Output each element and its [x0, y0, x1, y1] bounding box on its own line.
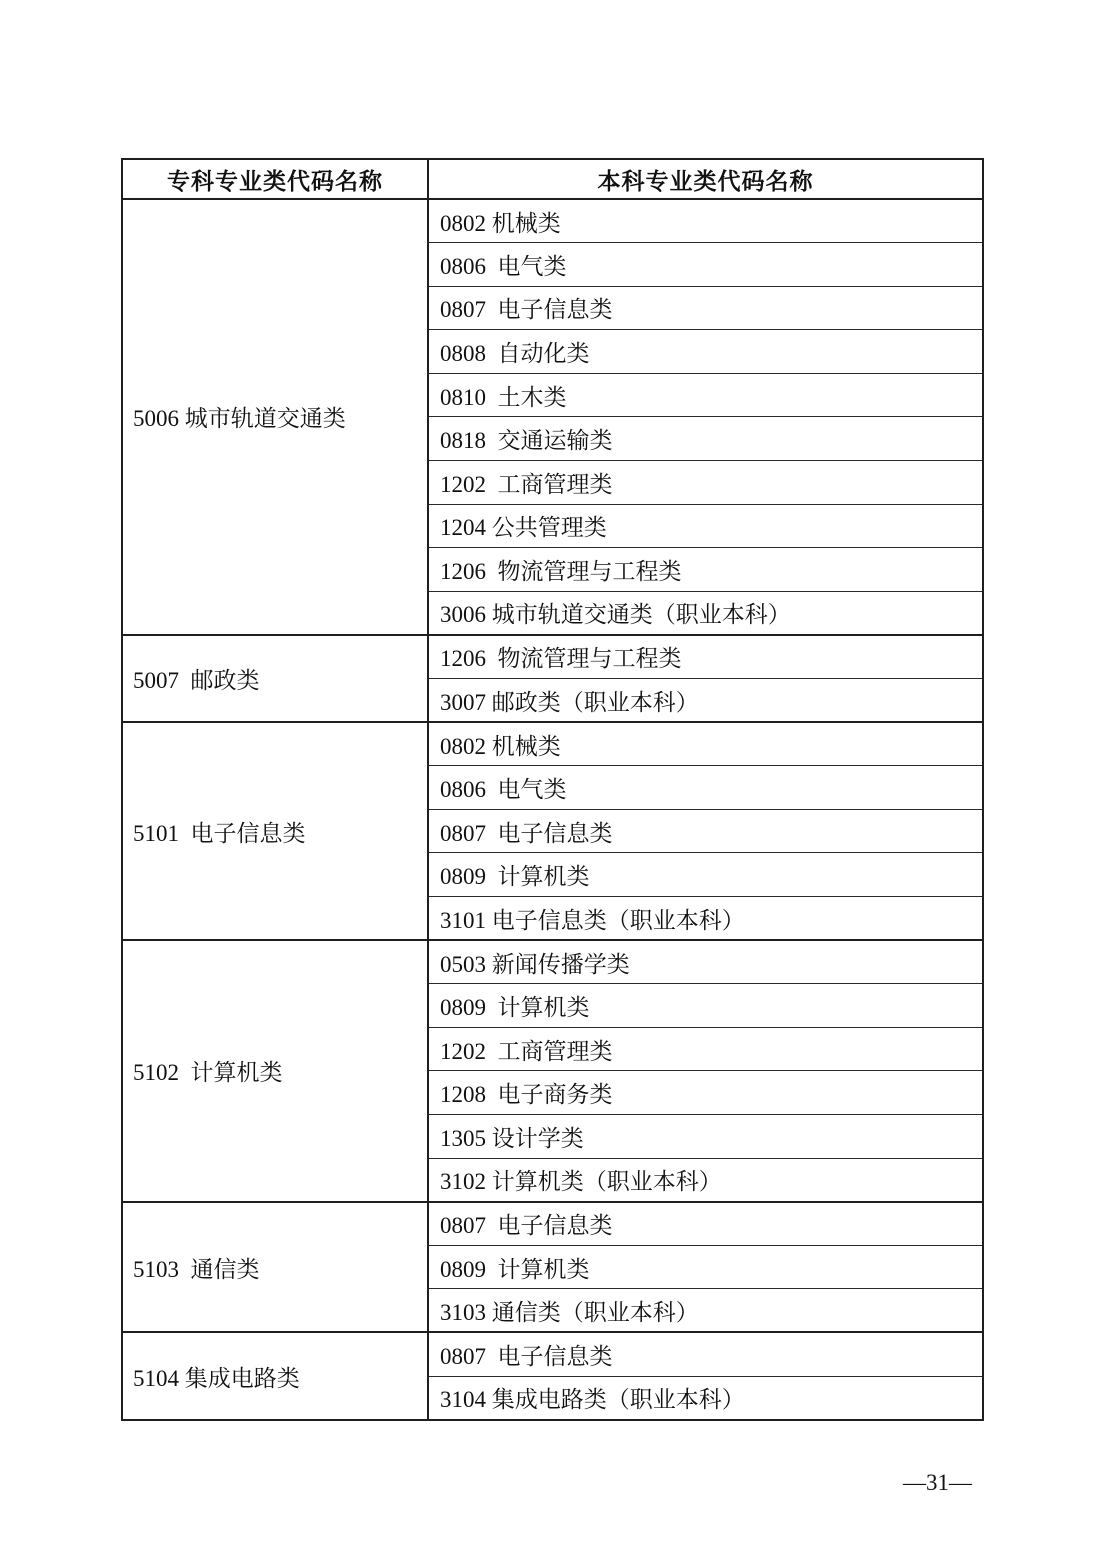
undergrad-row-cell: 3102 计算机类（职业本科）: [428, 1158, 983, 1202]
table-header-row: 专科专业类代码名称 本科专业类代码名称: [122, 159, 983, 199]
undergrad-row-cell: 3101 电子信息类（职业本科）: [428, 897, 983, 941]
page-number: —31—: [903, 1470, 972, 1496]
specialty-group-cell: 5101 电子信息类: [122, 722, 428, 940]
undergrad-row-cell: 0503 新闻传播学类: [428, 940, 983, 984]
undergrad-row-cell: 0802 机械类: [428, 199, 983, 243]
undergrad-row-cell: 1206 物流管理与工程类: [428, 548, 983, 592]
table-row: 5101 电子信息类0802 机械类: [122, 722, 983, 766]
undergrad-row-cell: 1202 工商管理类: [428, 461, 983, 505]
table-row: 5006 城市轨道交通类0802 机械类: [122, 199, 983, 243]
specialty-group-cell: 5104 集成电路类: [122, 1332, 428, 1419]
undergrad-row-cell: 0802 机械类: [428, 722, 983, 766]
undergrad-row-cell: 0809 计算机类: [428, 853, 983, 897]
undergrad-row-cell: 0807 电子信息类: [428, 809, 983, 853]
header-specialty-column: 专科专业类代码名称: [122, 159, 428, 199]
undergrad-row-cell: 0806 电气类: [428, 766, 983, 810]
undergrad-row-cell: 1206 物流管理与工程类: [428, 635, 983, 679]
undergrad-row-cell: 1202 工商管理类: [428, 1027, 983, 1071]
undergrad-row-cell: 3103 通信类（职业本科）: [428, 1289, 983, 1333]
undergrad-row-cell: 0808 自动化类: [428, 330, 983, 374]
table-body: 5006 城市轨道交通类0802 机械类0806 电气类0807 电子信息类08…: [122, 199, 983, 1420]
specialty-group-cell: 5102 计算机类: [122, 940, 428, 1202]
undergrad-row-cell: 0806 电气类: [428, 243, 983, 287]
table-row: 5007 邮政类1206 物流管理与工程类: [122, 635, 983, 679]
undergrad-row-cell: 3006 城市轨道交通类（职业本科）: [428, 591, 983, 635]
undergrad-row-cell: 0818 交通运输类: [428, 417, 983, 461]
document-page: 专科专业类代码名称 本科专业类代码名称 5006 城市轨道交通类0802 机械类…: [0, 0, 1102, 1559]
undergrad-row-cell: 1208 电子商务类: [428, 1071, 983, 1115]
undergrad-row-cell: 0807 电子信息类: [428, 1202, 983, 1246]
undergrad-row-cell: 0807 电子信息类: [428, 286, 983, 330]
table-row: 5104 集成电路类0807 电子信息类: [122, 1332, 983, 1376]
specialty-group-cell: 5006 城市轨道交通类: [122, 199, 428, 635]
undergrad-row-cell: 1305 设计学类: [428, 1114, 983, 1158]
major-mapping-table: 专科专业类代码名称 本科专业类代码名称 5006 城市轨道交通类0802 机械类…: [121, 158, 984, 1421]
undergrad-row-cell: 0809 计算机类: [428, 1245, 983, 1289]
undergrad-row-cell: 3007 邮政类（职业本科）: [428, 679, 983, 723]
table-row: 5102 计算机类0503 新闻传播学类: [122, 940, 983, 984]
undergrad-row-cell: 1204 公共管理类: [428, 504, 983, 548]
undergrad-row-cell: 0810 土木类: [428, 373, 983, 417]
specialty-group-cell: 5103 通信类: [122, 1202, 428, 1333]
header-undergrad-column: 本科专业类代码名称: [428, 159, 983, 199]
undergrad-row-cell: 3104 集成电路类（职业本科）: [428, 1376, 983, 1420]
table-row: 5103 通信类0807 电子信息类: [122, 1202, 983, 1246]
undergrad-row-cell: 0807 电子信息类: [428, 1332, 983, 1376]
specialty-group-cell: 5007 邮政类: [122, 635, 428, 722]
undergrad-row-cell: 0809 计算机类: [428, 984, 983, 1028]
